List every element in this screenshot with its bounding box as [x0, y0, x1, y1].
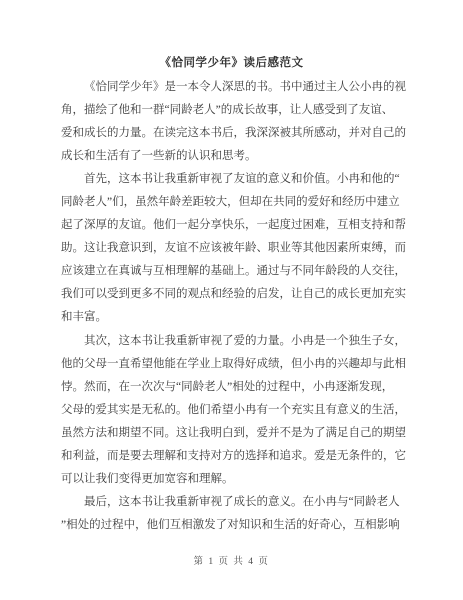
paragraph: 《恰同学少年》是一本令人深思的书。书中通过主人公小冉的视角，描绘了他和一群“同龄…: [61, 76, 403, 168]
text-line: 《恰同学少年》是一本令人深思的书。书中通过主人公小冉的视: [61, 76, 403, 99]
text-line: 我们可以受到更多不同的观点和经验的启发，让自己的成长更加充实: [61, 283, 403, 306]
paragraph: 最后，这本书让我重新审视了成长的意义。在小冉与“同龄老人”相处的过程中，他们互相…: [61, 491, 403, 537]
text-line: 爱和成长的力量。在读完这本书后，我深深被其所感动，并对自己的: [61, 122, 403, 145]
text-line: 可以让我们变得更加宽容和理解。: [61, 468, 403, 491]
document-body: 《恰同学少年》是一本令人深思的书。书中通过主人公小冉的视角，描绘了他和一群“同龄…: [61, 76, 403, 538]
page-footer: 第 1 页 共 4 页: [0, 552, 463, 572]
text-line: 同龄老人”们，虽然年龄差距较大，但却在共同的爱好和经历中建立: [61, 191, 403, 214]
text-line: ”相处的过程中，他们互相激发了对知识和生活的好奇心，互相影响: [61, 514, 403, 537]
paragraph: 首先，这本书让我重新审视了友谊的意义和价值。小冉和他的“同龄老人”们，虽然年龄差…: [61, 168, 403, 330]
text-line: 助。这让我意识到，友谊不应该被年龄、职业等其他因素所束缚，而: [61, 237, 403, 260]
text-line: 和丰富。: [61, 306, 403, 329]
paragraph: 其次，这本书让我重新审视了爱的力量。小冉是一个独生子女，他的父母一直希望他能在学…: [61, 330, 403, 492]
document-title: 《恰同学少年》读后感范文: [0, 52, 463, 75]
text-line: 他的父母一直希望他能在学业上取得好成绩，但小冉的兴趣却与此相: [61, 353, 403, 376]
text-line: 首先，这本书让我重新审视了友谊的意义和价值。小冉和他的“: [61, 168, 403, 191]
text-line: 成长和生活有了一些新的认识和思考。: [61, 145, 403, 168]
text-line: 虽然方法和期望不同。这让我明白到，爱并不是为了满足自己的期望: [61, 422, 403, 445]
text-line: 角，描绘了他和一群“同龄老人”的成长故事，让人感受到了友谊、: [61, 99, 403, 122]
text-line: 和利益，而是要去理解和支持对方的选择和追求。爱是无条件的，它: [61, 445, 403, 468]
text-line: 父母的爱其实是无私的。他们希望小冉有一个充实且有意义的生活，: [61, 399, 403, 422]
text-line: 悖。然而，在一次次与“同龄老人”相处的过程中，小冉逐渐发现，: [61, 376, 403, 399]
text-line: 应该建立在真诚与互相理解的基础上。通过与不同年龄段的人交往，: [61, 260, 403, 283]
text-line: 最后，这本书让我重新审视了成长的意义。在小冉与“同龄老人: [61, 491, 403, 514]
text-line: 起了深厚的友谊。他们一起分享快乐，一起度过困难，互相支持和帮: [61, 214, 403, 237]
document-page: 《恰同学少年》读后感范文 《恰同学少年》是一本令人深思的书。书中通过主人公小冉的…: [0, 0, 463, 600]
text-line: 其次，这本书让我重新审视了爱的力量。小冉是一个独生子女，: [61, 330, 403, 353]
